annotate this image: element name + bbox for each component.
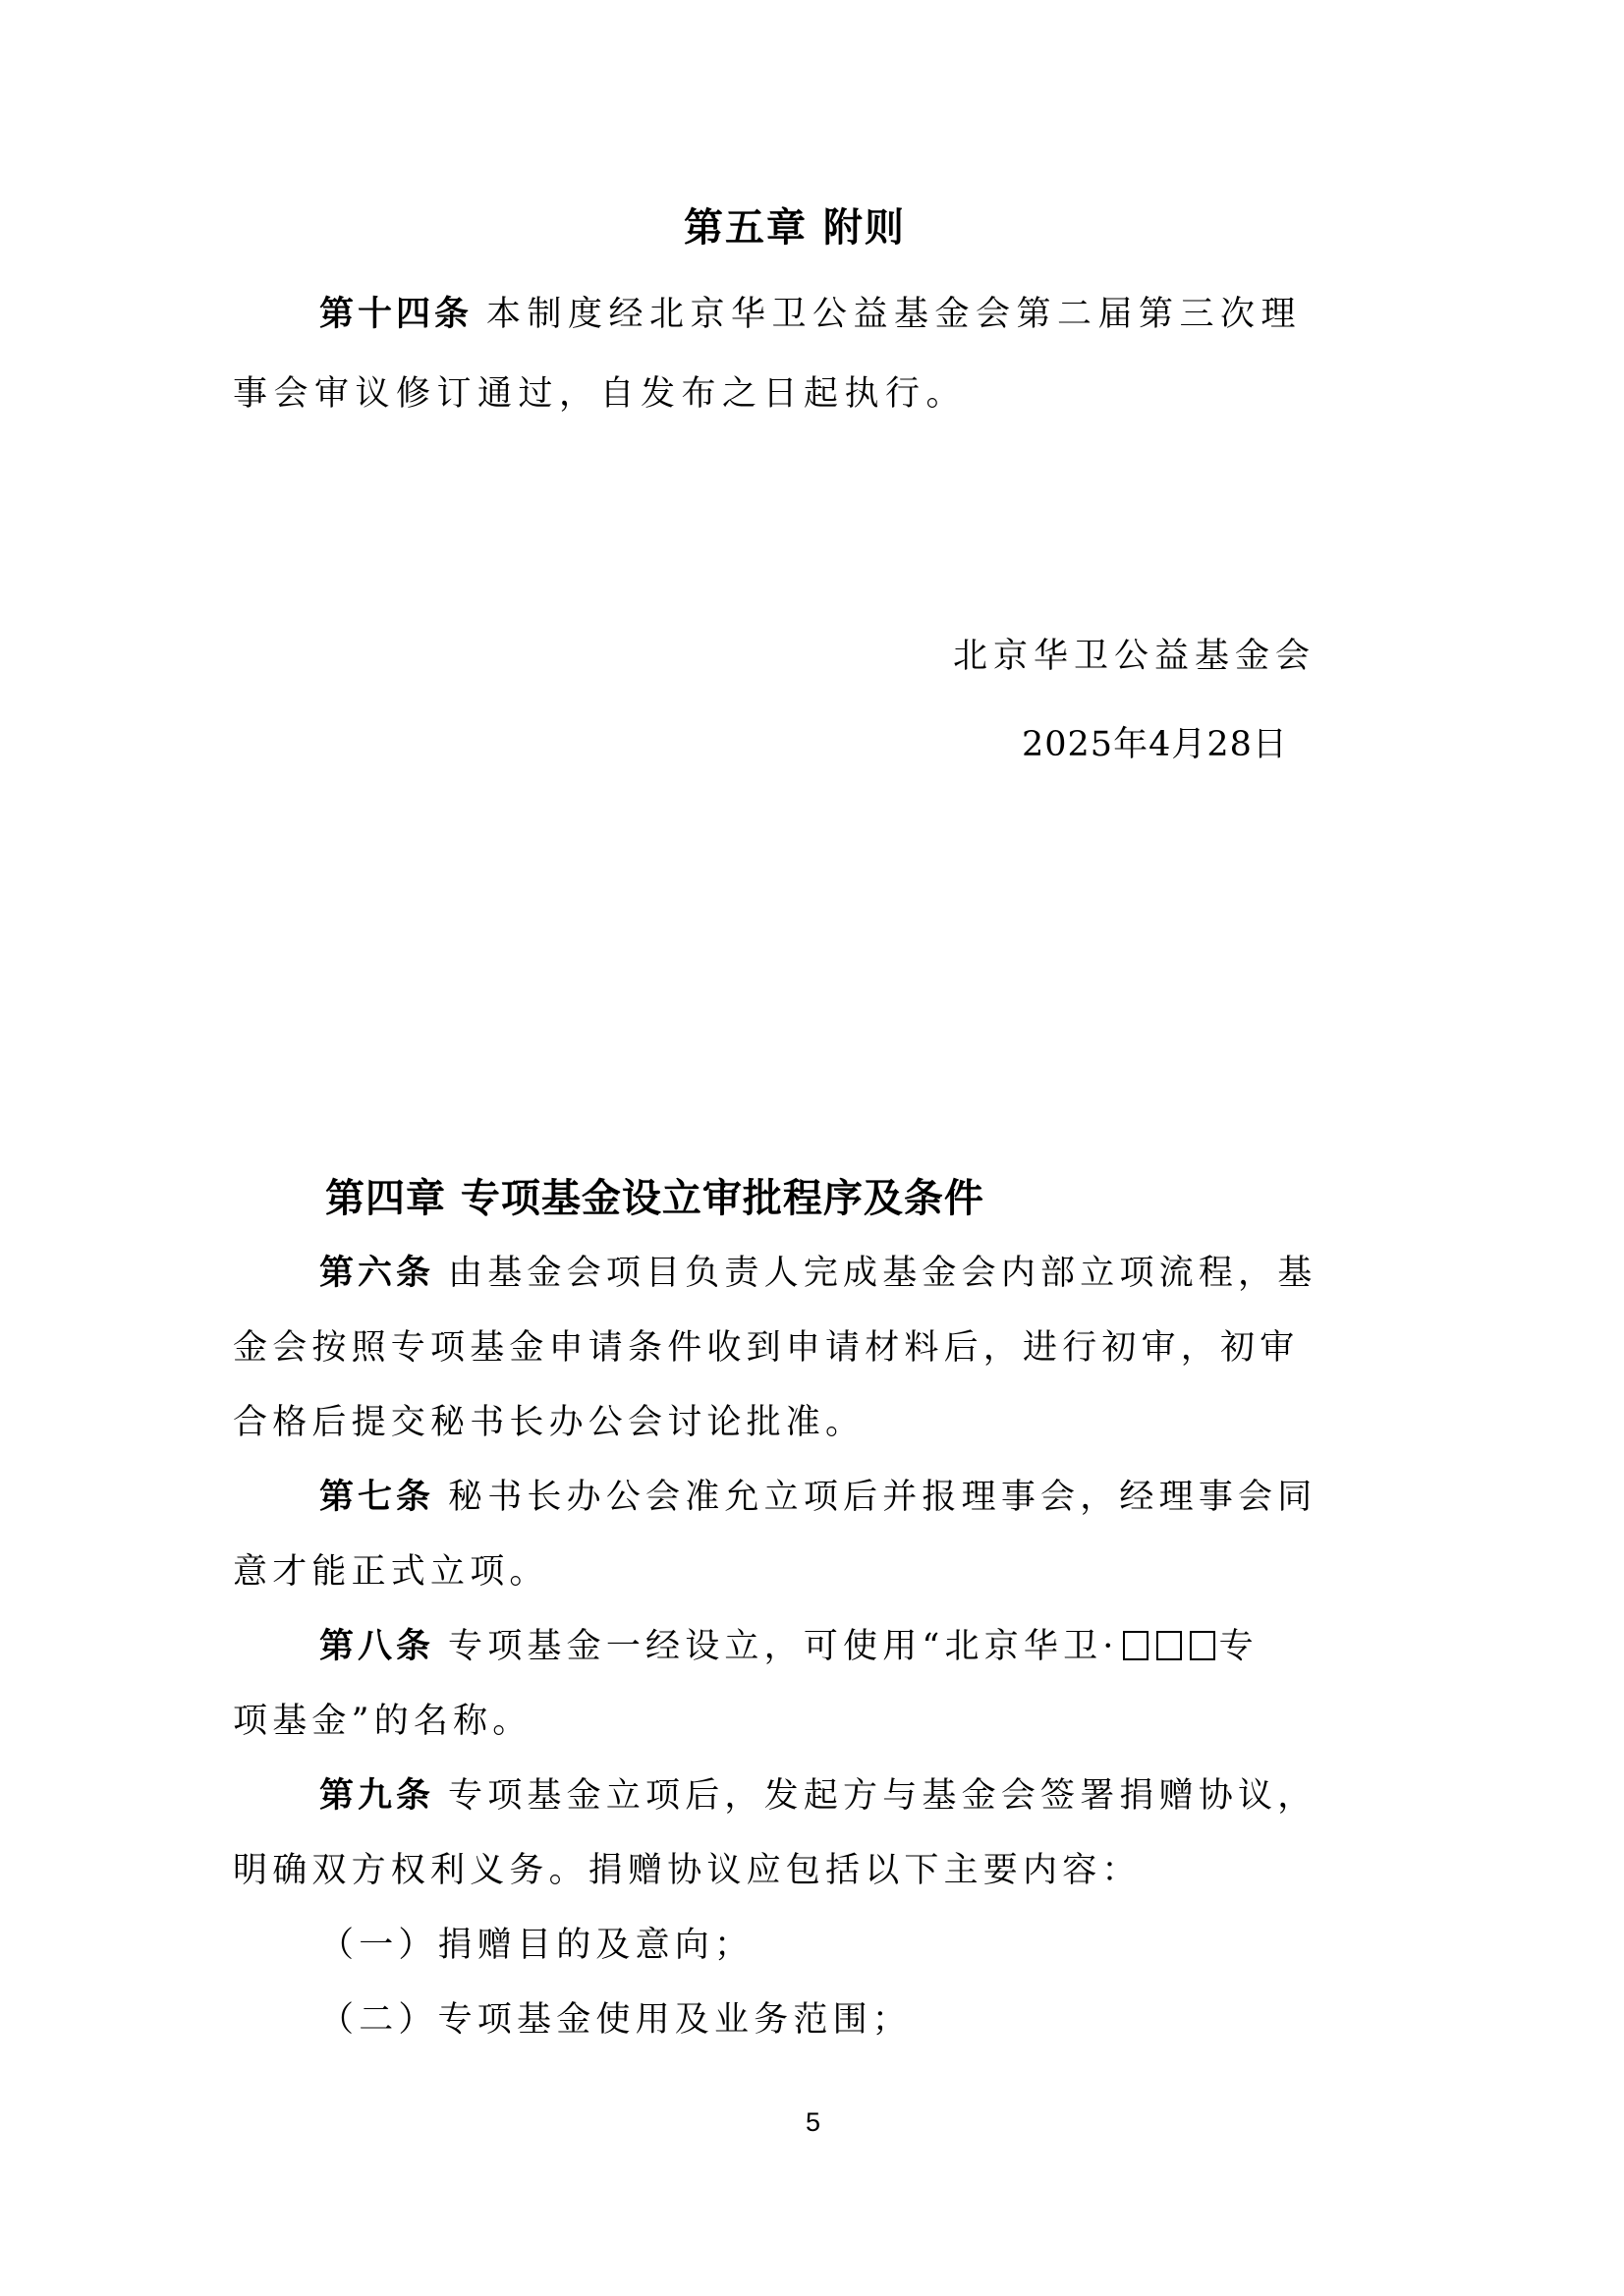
article-6-line-3: 合格后提交秘书长办公会讨论批准。 — [233, 1403, 865, 1442]
article-14-line-1: 第十四条本制度经北京华卫公益基金会第二届第三次理 — [319, 295, 1302, 334]
article-14-text-1: 本制度经北京华卫公益基金会第二届第三次理 — [486, 295, 1302, 334]
article-6-text-1: 由基金会项目负责人完成基金会内部立项流程，基 — [448, 1254, 1316, 1293]
article-8-text-1b: 专 — [1219, 1627, 1259, 1666]
article-14-label: 第十四条 — [319, 295, 473, 334]
article-8-label: 第八条 — [319, 1627, 434, 1666]
signature-date: 2025年4月28日 — [1022, 725, 1288, 764]
article-9-text-1: 专项基金立项后，发起方与基金会签署捐赠协议， — [448, 1776, 1316, 1816]
article-9-item-1: （一）捐赠目的及意向； — [319, 1926, 754, 1965]
page-number: 5 — [806, 2107, 820, 2138]
article-7-line-1: 第七条秘书长办公会准允立项后并报理事会，经理事会同 — [319, 1478, 1316, 1517]
article-9-line-1: 第九条专项基金立项后，发起方与基金会签署捐赠协议， — [319, 1776, 1316, 1816]
article-7-text-1: 秘书长办公会准允立项后并报理事会，经理事会同 — [448, 1478, 1316, 1517]
article-9-label: 第九条 — [319, 1776, 434, 1816]
chapter-5-title: 第五章 附则 — [684, 196, 906, 252]
article-7-label: 第七条 — [319, 1478, 434, 1517]
article-7-line-2: 意才能正式立项。 — [233, 1552, 549, 1592]
article-6-line-2: 金会按照专项基金申请条件收到申请材料后，进行初审，初审 — [233, 1328, 1299, 1368]
article-8-line-2: 项基金”的名称。 — [233, 1702, 532, 1741]
signature-organization: 北京华卫公益基金会 — [953, 637, 1316, 676]
article-6-label: 第六条 — [319, 1254, 434, 1293]
placeholder-box-icon — [1190, 1631, 1215, 1660]
chapter-4-title: 第四章 专项基金设立审批程序及条件 — [325, 1167, 984, 1223]
article-8-line-1: 第八条专项基金一经设立，可使用“北京华卫·专 — [319, 1627, 1259, 1666]
placeholder-box-icon — [1156, 1631, 1182, 1660]
article-14-line-2: 事会审议修订通过，自发布之日起执行。 — [233, 374, 967, 414]
placeholder-box-icon — [1123, 1631, 1148, 1660]
article-8-text-1a: 专项基金一经设立，可使用“北京华卫· — [448, 1627, 1119, 1666]
article-6-line-1: 第六条由基金会项目负责人完成基金会内部立项流程，基 — [319, 1254, 1316, 1293]
article-9-line-2: 明确双方权利义务。捐赠协议应包括以下主要内容： — [233, 1851, 1142, 1890]
article-9-item-2: （二）专项基金使用及业务范围； — [319, 2000, 912, 2040]
